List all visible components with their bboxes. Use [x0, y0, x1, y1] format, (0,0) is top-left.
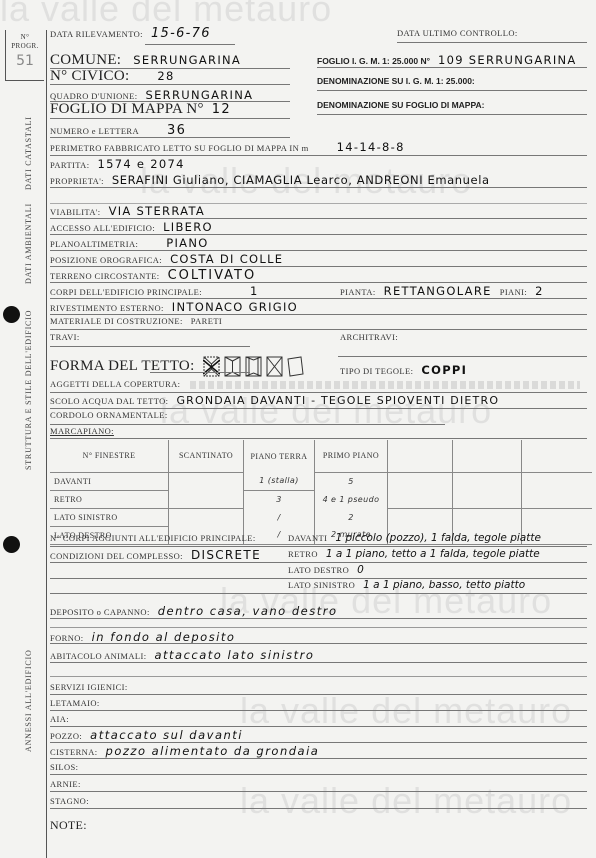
roof-shape-options [203, 356, 304, 377]
cell-piano-terra[interactable]: 1 (stalla) [244, 472, 315, 490]
erased-text [190, 381, 580, 389]
retro-value[interactable]: 1 a 1 piano, tetto a 1 falda, tegole pia… [326, 548, 540, 560]
tegole-value[interactable]: COPPI [421, 363, 467, 377]
cell-primo-piano[interactable]: 2 [315, 508, 388, 526]
header-primo-piano: PRIMO PIANO [315, 440, 388, 472]
quadro-value[interactable]: SERRUNGARINA [146, 88, 254, 102]
forno-value[interactable]: in fondo al deposito [92, 630, 236, 644]
destro-value[interactable]: 0 [357, 564, 364, 576]
quadro-field: QUADRO D'UNIONE: SERRUNGARINA [50, 88, 253, 102]
accesso-label: ACCESSO ALL'EDIFICIO: [50, 223, 155, 233]
cell-primo-piano[interactable]: 5 [315, 472, 388, 490]
civico-field: N° CIVICO: 28 [50, 68, 175, 85]
table-row: DAVANTI 1 (stalla) 5 [50, 472, 592, 490]
survey-form-page: la valle del metauro la valle del metaur… [0, 0, 596, 858]
cell-piano-terra[interactable]: / [244, 508, 315, 526]
numero-label: NUMERO e LETTERA [50, 126, 139, 136]
pozzo-value[interactable]: attaccato sul davanti [90, 728, 243, 742]
cell-primo-piano[interactable]: 4 e 1 pseudo [315, 490, 388, 508]
travi-field: TRAVI: [50, 332, 88, 342]
travi-label: TRAVI: [50, 332, 80, 342]
condizioni-label: CONDIZIONI DEL COMPLESSO: [50, 551, 183, 561]
deposito-field: DEPOSITO o CAPANNO: dentro casa, vano de… [50, 604, 338, 618]
abitacolo-value[interactable]: attaccato lato sinistro [154, 648, 314, 662]
foglio-field: FOGLIO DI MAPPA N° 12 [50, 101, 231, 118]
numero-field: NUMERO e LETTERA 36 [50, 123, 186, 138]
piani-value[interactable]: 2 [535, 284, 544, 298]
plano-value[interactable]: PIANO [166, 236, 208, 250]
condizioni-field: CONDIZIONI DEL COMPLESSO: DISCRETE [50, 548, 261, 562]
margin-rule [46, 30, 47, 858]
side-label-structure: STRUTTURA E STILE DELL'EDIFICIO [24, 310, 33, 470]
forno-field: FORNO: in fondo al deposito [50, 630, 235, 644]
foglio-label: FOGLIO DI MAPPA N° [50, 101, 204, 118]
partita-label: PARTITA: [50, 160, 89, 170]
header-piano-terra: PIANO TERRA [244, 440, 315, 472]
sinistro-field: LATO SINISTRO 1 a 1 piano, basso, tetto … [288, 579, 525, 591]
materiale-value: PARETI [191, 316, 222, 326]
windows-table: N° FINESTRE SCANTINATO PIANO TERRA PRIMO… [50, 440, 592, 545]
proprieta-label: PROPRIETA': [50, 176, 104, 186]
partita-field: PARTITA: 1574 e 2074 [50, 157, 185, 171]
deposito-value[interactable]: dentro casa, vano destro [158, 604, 338, 618]
pianta-field: PIANTA: RETTANGOLARE PIANI: 2 [340, 284, 544, 298]
corpi-aggiunti-label: N° CORPI AGGIUNTI ALL'EDIFICIO PRINCIPAL… [50, 533, 256, 543]
side-label-annexes: ANNESSI ALL'EDIFICIO [24, 649, 33, 752]
sinistro-label: LATO SINISTRO [288, 580, 355, 590]
scolo-label: SCOLO ACQUA DAL TETTO: [50, 396, 168, 406]
numero-value[interactable]: 36 [167, 123, 186, 138]
cell-piano-terra[interactable]: 3 [244, 490, 315, 508]
gable-roof-icon[interactable] [224, 356, 241, 377]
side-label-environmental: DATI AMBIENTALI [24, 203, 33, 284]
retro-field: RETRO 1 a 1 piano, tetto a 1 falda, tego… [288, 548, 540, 560]
progressive-value[interactable]: 51 [6, 53, 44, 69]
igm-sheet-field: FOGLIO I. G. M. 1: 25.000 N° 109 SERRUNG… [317, 53, 577, 67]
letamaio-label: LETAMAIO: [50, 698, 100, 708]
scolo-field: SCOLO ACQUA DAL TETTO: GRONDAIA DAVANTI … [50, 394, 499, 407]
header-scantinato: SCANTINATO [169, 440, 244, 472]
forno-label: FORNO: [50, 633, 84, 643]
igm-name-label: DENOMINAZIONE SU I. G. M. 1: 25.000: [317, 76, 475, 86]
materiale-label: MATERIALE DI COSTRUZIONE: [50, 316, 183, 326]
row-label: LATO SINISTRO [50, 508, 169, 526]
cordolo-field: CORDOLO ORNAMENTALE: [50, 410, 176, 420]
civico-value[interactable]: 28 [157, 69, 174, 83]
binder-hole [3, 306, 20, 323]
quadro-label: QUADRO D'UNIONE: [50, 91, 138, 101]
side-label-cadastral: DATI CATASTALI [24, 116, 33, 190]
sinistro-value[interactable]: 1 a 1 piano, basso, tetto piatto [363, 579, 525, 591]
pozzo-label: POZZO: [50, 731, 82, 741]
cross-roof-icon[interactable] [266, 356, 283, 377]
arnie-label: ARNIE: [50, 779, 81, 789]
deposito-label: DEPOSITO o CAPANNO: [50, 607, 150, 617]
perimetro-value[interactable]: 14-14-8-8 [337, 140, 405, 154]
destro-label: LATO DESTRO [288, 565, 349, 575]
piani-label: PIANI: [500, 287, 527, 297]
survey-date-label: DATA RILEVAMENTO: [50, 29, 143, 39]
notes-field: NOTE: [50, 818, 95, 833]
cisterna-field: CISTERNA: pozzo alimentato da grondaia [50, 744, 319, 758]
corpi-aggiunti-field: N° CORPI AGGIUNTI ALL'EDIFICIO PRINCIPAL… [50, 533, 256, 543]
silos-field: SILOS: [50, 762, 86, 772]
watermark: la valle del metauro [240, 780, 572, 822]
condizioni-value[interactable]: DISCRETE [191, 548, 261, 562]
comune-value[interactable]: SERRUNGARINA [133, 53, 241, 67]
plano-field: PLANOALTIMETRIA: PIANO [50, 236, 209, 250]
posizione-value[interactable]: COSTA DI COLLE [170, 252, 283, 266]
terreno-field: TERRENO CIRCOSTANTE: COLTIVATO [50, 268, 256, 283]
header-extra [453, 440, 522, 472]
cell-scantinato[interactable] [169, 472, 244, 490]
tegole-label: TIPO DI TEGOLE: [340, 366, 413, 376]
stagno-field: STAGNO: [50, 796, 97, 806]
aggetti-field: AGGETTI DELLA COPERTURA: [50, 379, 188, 389]
map-name-label: DENOMINAZIONE SU FOGLIO DI MAPPA: [317, 100, 484, 110]
abitacolo-label: ABITACOLO ANIMALI: [50, 651, 146, 661]
shed-roof-icon[interactable] [287, 356, 304, 377]
corpi-label: CORPI DELL'EDIFICIO PRINCIPALE: [50, 287, 202, 297]
viabilita-value[interactable]: VIA STERRATA [109, 204, 205, 218]
accesso-value[interactable]: LIBERO [163, 220, 213, 234]
arnie-field: ARNIE: [50, 779, 89, 789]
terreno-value[interactable]: COLTIVATO [168, 268, 257, 283]
tetto-field: FORMA DEL TETTO: [50, 356, 304, 377]
marcapiano-label: MARCAPIANO: [50, 426, 114, 436]
header-finestre: N° FINESTRE [50, 440, 169, 472]
last-check-label: DATA ULTIMO CONTROLLO: [397, 28, 518, 38]
servizi-label: SERVIZI IGIENICI: [50, 682, 128, 692]
comune-label: COMUNE: [50, 52, 121, 69]
viabilita-label: VIABILITA': [50, 207, 101, 217]
igm-sheet-label: FOGLIO I. G. M. 1: 25.000 N° [317, 56, 430, 66]
posizione-field: POSIZIONE OROGRAFICA: COSTA DI COLLE [50, 252, 283, 266]
posizione-label: POSIZIONE OROGRAFICA: [50, 255, 162, 265]
rivestimento-value[interactable]: INTONACO GRIGIO [172, 300, 298, 314]
cell-scantinato[interactable] [169, 490, 244, 508]
row-label: DAVANTI [50, 472, 169, 490]
servizi-field: SERVIZI IGIENICI: [50, 682, 136, 692]
corpi-value[interactable]: 1 [250, 284, 259, 298]
architravi-field: ARCHITRAVI: [340, 332, 406, 342]
cisterna-value[interactable]: pozzo alimentato da grondaia [106, 744, 320, 758]
aia-label: AIA: [50, 714, 69, 724]
cell-scantinato[interactable] [169, 508, 244, 526]
davanti-field: DAVANTI 1 piccolo (pozzo), 1 falda, tego… [288, 532, 541, 544]
perimetro-field: PERIMETRO FABBRICATO LETTO SU FOGLIO DI … [50, 140, 405, 154]
last-check-field: DATA ULTIMO CONTROLLO: [397, 28, 526, 38]
table-row: RETRO 3 4 e 1 pseudo [50, 490, 592, 508]
retro-label: RETRO [288, 549, 318, 559]
viabilita-field: VIABILITA': VIA STERRATA [50, 204, 205, 218]
progressive-label: N° PROGR. [6, 33, 44, 51]
proprieta-value[interactable]: SERAFINI Giuliano, CIAMAGLIA Learco, AND… [112, 173, 490, 187]
comune-field: COMUNE: SERRUNGARINA [50, 52, 241, 69]
scolo-value[interactable]: GRONDAIA DAVANTI - TEGOLE SPIOVENTI DIET… [176, 394, 499, 407]
hip-roof-icon[interactable] [203, 356, 220, 377]
header-extra [522, 440, 593, 472]
foglio-value[interactable]: 12 [212, 102, 231, 117]
partita-value[interactable]: 1574 e 2074 [97, 157, 184, 171]
row-label: RETRO [50, 490, 169, 508]
table-row: LATO SINISTRO / 2 [50, 508, 592, 526]
architravi-label: ARCHITRAVI: [340, 332, 398, 342]
letamaio-field: LETAMAIO: [50, 698, 108, 708]
table-header-row: N° FINESTRE SCANTINATO PIANO TERRA PRIMO… [50, 440, 592, 472]
binder-hole [3, 536, 20, 553]
terreno-label: TERRENO CIRCOSTANTE: [50, 271, 160, 281]
header-extra [388, 440, 453, 472]
igm-sheet-value[interactable]: 109 SERRUNGARINA [438, 53, 577, 67]
marcapiano-field: MARCAPIANO: [50, 426, 122, 436]
accesso-field: ACCESSO ALL'EDIFICIO: LIBERO [50, 220, 213, 234]
cisterna-label: CISTERNA: [50, 747, 98, 757]
survey-date-field: DATA RILEVAMENTO: 15-6-76 [50, 26, 211, 41]
aia-field: AIA: [50, 714, 77, 724]
silos-label: SILOS: [50, 762, 78, 772]
plano-label: PLANOALTIMETRIA: [50, 239, 138, 249]
davanti-value[interactable]: 1 piccolo (pozzo), 1 falda, tegole piatt… [335, 532, 541, 544]
destro-field: LATO DESTRO 0 [288, 564, 364, 576]
progressive-box: N° PROGR. 51 [5, 30, 44, 81]
materiale-field: MATERIALE DI COSTRUZIONE: PARETI [50, 316, 222, 326]
pianta-value[interactable]: RETTANGOLARE [384, 284, 492, 298]
abitacolo-field: ABITACOLO ANIMALI: attaccato lato sinist… [50, 648, 314, 662]
aggetti-label: AGGETTI DELLA COPERTURA: [50, 379, 180, 389]
rivestimento-field: RIVESTIMENTO ESTERNO: INTONACO GRIGIO [50, 300, 298, 314]
davanti-label: DAVANTI [288, 533, 327, 543]
igm-name-field: DENOMINAZIONE SU I. G. M. 1: 25.000: [317, 76, 483, 86]
pozzo-field: POZZO: attaccato sul davanti [50, 728, 243, 742]
proprieta-field: PROPRIETA': SERAFINI Giuliano, CIAMAGLIA… [50, 173, 490, 187]
pianta-label: PIANTA: [340, 287, 376, 297]
tegole-field: TIPO DI TEGOLE: COPPI [340, 363, 467, 377]
survey-date-value[interactable]: 15-6-76 [151, 26, 211, 41]
rivestimento-label: RIVESTIMENTO ESTERNO: [50, 303, 164, 313]
notes-label: NOTE: [50, 818, 87, 833]
stagno-label: STAGNO: [50, 796, 89, 806]
perimetro-label: PERIMETRO FABBRICATO LETTO SU FOGLIO DI … [50, 143, 309, 153]
cordolo-label: CORDOLO ORNAMENTALE: [50, 410, 168, 420]
gable-double-icon[interactable] [245, 356, 262, 377]
map-name-field: DENOMINAZIONE SU FOGLIO DI MAPPA: [317, 100, 492, 110]
civico-label: N° CIVICO: [50, 68, 129, 85]
corpi-field: CORPI DELL'EDIFICIO PRINCIPALE: 1 [50, 284, 259, 298]
